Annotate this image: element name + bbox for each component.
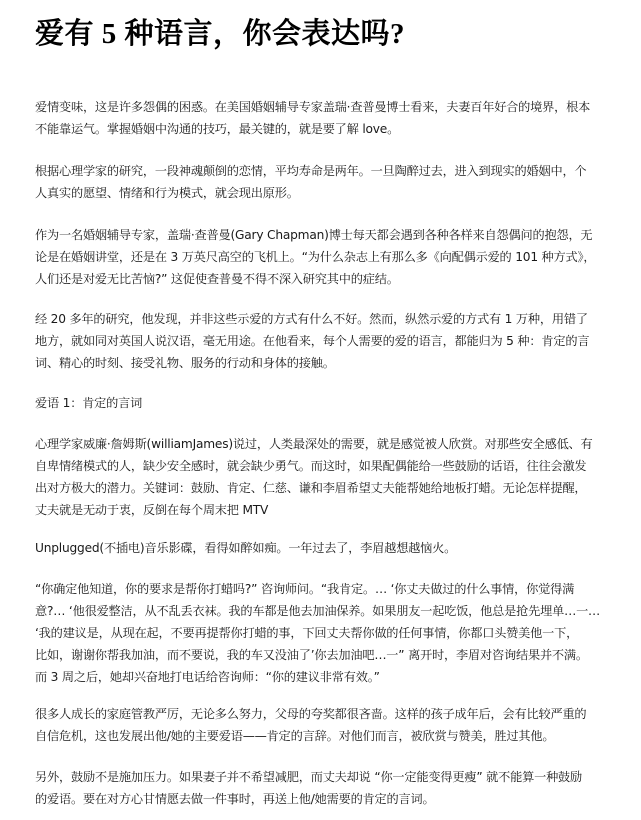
text-line: 经 20 多年的研究，他发现，并非这些示爱的方式有什么不好。然而，纵然示爱的方式… [35,308,610,330]
document-title: 爱有 5 种语言，你会表达吗? [35,14,405,54]
text-line: 人真实的愿望、情绪和行为模式，就会现出原形。 [35,182,610,204]
text-line: 人们还是对爱无比苦恼?” 这促使查普曼不得不深入研究其中的症结。 [35,268,610,290]
paragraph-encouragement: 另外，鼓励不是施加压力。如果妻子并不希望减肥，而丈夫却说 “你一定能变得更瘦” … [35,766,610,810]
text-line: 丈夫就是无动于衷，反倒在每个周末把 MTV [35,499,610,521]
section-heading-love-language-1: 爱语 1：肯定的言词 [35,392,610,414]
text-line: 意?… ‘他很爱整洁，从不乱丢衣袜。我的车都是他去加油保养。如果朋友一起吃饭，他… [35,600,610,622]
text-line: 很多人成长的家庭管教严厉，无论多么努力，父母的夸奖都很吝啬。这样的孩子成年后，会… [35,703,610,725]
paragraph-research: 根据心理学家的研究，一段神魂颠倒的恋情，平均寿命是两年。一旦陶醉过去，进入到现实… [35,160,610,204]
text-line: 另外，鼓励不是施加压力。如果妻子并不希望减肥，而丈夫却说 “你一定能变得更瘦” … [35,766,610,788]
text-line: 比如，谢谢你帮我加油，而不要说，我的车又没油了’你去加油吧…一” 离开时，李眉对… [35,644,610,666]
paragraph-strict-family: 很多人成长的家庭管教严厉，无论多么努力，父母的夸奖都很吝啬。这样的孩子成年后，会… [35,703,610,747]
text-line: Unplugged(不插电)音乐影碟，看得如醉如痴。一年过去了，李眉越想越恼火。 [35,537,610,559]
text-line: 自卑情绪模式的人，缺少安全感时，就会缺少勇气。而这时，如果配偶能给一些鼓励的话语… [35,455,610,477]
text-line: ‘我的建议是，从现在起，不要再提帮你打蜡的事，下回丈夫帮你做的任何事情，你都口头… [35,622,610,644]
paragraph-unplugged: Unplugged(不插电)音乐影碟，看得如醉如痴。一年过去了，李眉越想越恼火。 [35,537,610,559]
paragraph-chapman: 作为一名婚姻辅导专家，盖瑞·查普曼(Gary Chapman)博士每天都会遇到各… [35,224,610,290]
text-line: 不能靠运气。掌握婚姻中沟通的技巧，最关键的，就是要了解 love。 [35,118,610,140]
paragraph-five-languages: 经 20 多年的研究，他发现，并非这些示爱的方式有什么不好。然而，纵然示爱的方式… [35,308,610,374]
text-line: 词、精心的时刻、接受礼物、服务的行动和身体的接触。 [35,352,610,374]
text-line: 自信危机，这也发展出他/她的主要爱语——肯定的言辞。对他们而言，被欣赏与赞美，胜… [35,725,610,747]
text-line: 而 3 周之后，她却兴奋地打电话给咨询师：“你的建议非常有效。” [35,666,610,688]
paragraph-william-james: 心理学家威廉·詹姆斯(williamJames)说过，人类最深处的需要，就是感觉… [35,433,610,521]
text-line: 论是在婚姻讲堂，还是在 3 万英尺高空的飞机上。“为什么杂志上有那么多《向配偶示… [35,246,610,268]
text-line: 出对方极大的潜力。关键词：鼓励、肯定、仁慈、谦和李眉希望丈夫能帮她给地板打蜡。无… [35,477,610,499]
text-line: 爱情变味，这是许多怨偶的困惑。在美国婚姻辅导专家盖瑞·查普曼博士看来，夫妻百年好… [35,96,610,118]
text-line: 爱语 1：肯定的言词 [35,392,610,414]
text-line: “你确定他知道，你的要求是帮你打蜡吗?” 咨询师问。“我肯定。… ‘你丈夫做过的… [35,578,610,600]
text-line: 作为一名婚姻辅导专家，盖瑞·查普曼(Gary Chapman)博士每天都会遇到各… [35,224,610,246]
text-line: 地方，就如同对英国人说汉语，毫无用途。在他看来，每个人需要的爱的语言，都能归为 … [35,330,610,352]
text-line: 根据心理学家的研究，一段神魂颠倒的恋情，平均寿命是两年。一旦陶醉过去，进入到现实… [35,160,610,182]
text-line: 心理学家威廉·詹姆斯(williamJames)说过，人类最深处的需要，就是感觉… [35,433,610,455]
text-line: 的爱语。要在对方心甘情愿去做一件事时，再送上他/她需要的肯定的言词。 [35,788,610,810]
paragraph-intro: 爱情变味，这是许多怨偶的困惑。在美国婚姻辅导专家盖瑞·查普曼博士看来，夫妻百年好… [35,96,610,140]
paragraph-counseling-dialogue: “你确定他知道，你的要求是帮你打蜡吗?” 咨询师问。“我肯定。… ‘你丈夫做过的… [35,578,610,688]
